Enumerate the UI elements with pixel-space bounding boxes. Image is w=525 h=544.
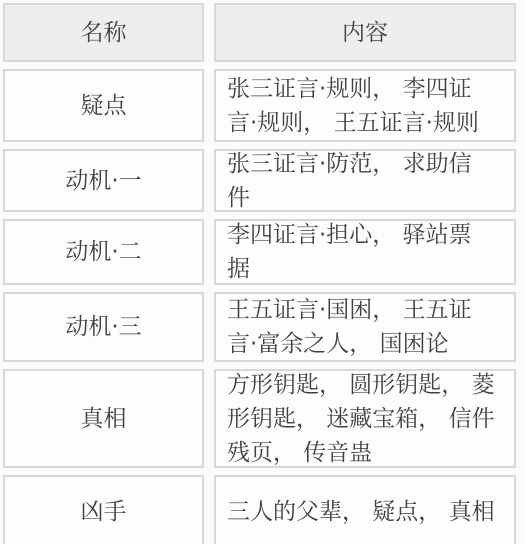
row-content-cell: 方形钥匙， 圆形钥匙， 菱 形钥匙， 迷藏宝箱， 信件 残页， 传音蛊 xyxy=(214,369,516,468)
row-content-cell: 张三证言·规则， 李四证 言·规则， 王五证言·规则 xyxy=(214,69,516,142)
row-name-cell: 动机·二 xyxy=(3,219,204,285)
row-content-cell: 三人的父辈， 疑点， 真相 xyxy=(214,475,516,544)
row-name-cell: 真相 xyxy=(3,369,204,468)
row-name-cell: 疑点 xyxy=(3,69,204,142)
row-name-cell: 动机·三 xyxy=(3,292,204,362)
row-name-cell: 动机·一 xyxy=(3,149,204,212)
page: 名称 内容 疑点 张三证言·规则， 李四证 言·规则， 王五证言·规则 动机·一… xyxy=(0,0,525,544)
column-header-name: 名称 xyxy=(3,3,204,62)
row-content-cell: 张三证言·防范， 求助信 件 xyxy=(214,149,516,212)
data-table: 名称 内容 疑点 张三证言·规则， 李四证 言·规则， 王五证言·规则 动机·一… xyxy=(3,3,516,544)
row-content-cell: 李四证言·担心， 驿站票 据 xyxy=(214,219,516,285)
row-name-cell: 凶手 xyxy=(3,475,204,544)
row-content-cell: 王五证言·国困， 王五证 言·富余之人， 国困论 xyxy=(214,292,516,362)
column-header-content: 内容 xyxy=(214,3,516,62)
